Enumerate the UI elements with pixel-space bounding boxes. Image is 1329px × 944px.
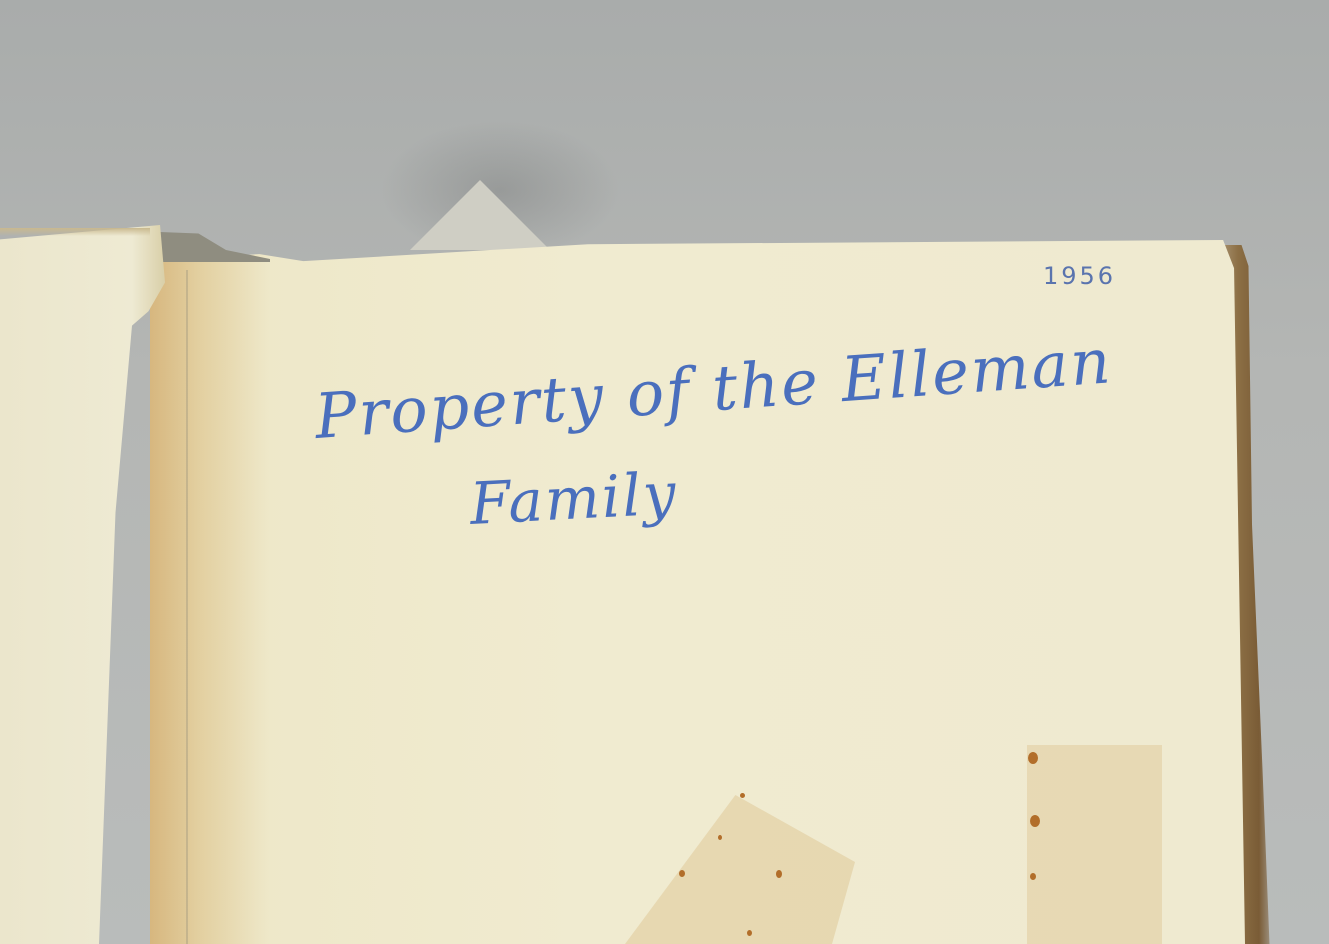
rust-spot <box>718 835 722 840</box>
rust-spot <box>1030 873 1036 880</box>
book-photo: 1956 Property of the Elleman Family <box>0 0 1329 944</box>
rust-spot <box>740 793 745 798</box>
inscription-line-2: Family <box>468 459 679 538</box>
rust-spot <box>776 870 782 878</box>
dust-jacket-edge <box>0 228 150 236</box>
gutter-stain <box>150 255 270 944</box>
spine-cloth <box>160 232 270 262</box>
rust-spot <box>1028 752 1038 764</box>
gutter-fold <box>186 270 188 944</box>
rust-spot <box>679 870 685 877</box>
rust-spot <box>1030 815 1040 827</box>
handwritten-year: 1956 <box>1043 262 1116 290</box>
rust-spot <box>747 930 752 936</box>
dust-jacket-flap <box>0 225 165 944</box>
tape-stain-right <box>1027 745 1162 944</box>
